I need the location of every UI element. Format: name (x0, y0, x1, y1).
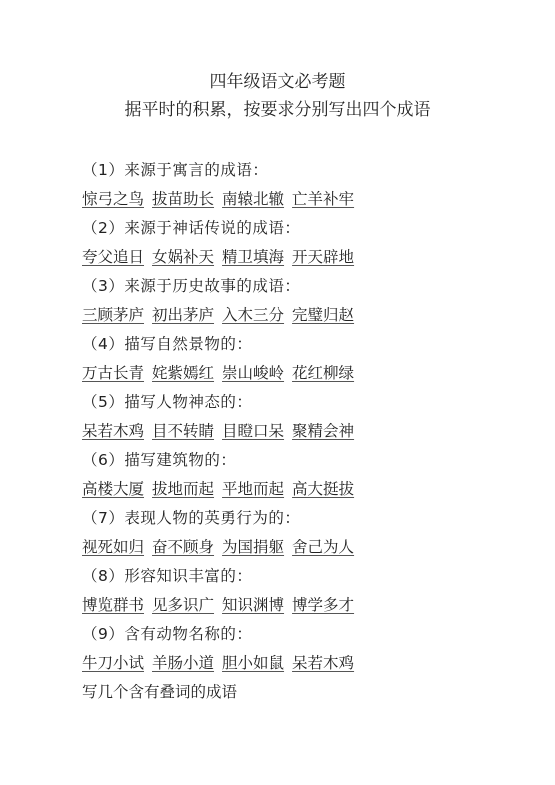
idiom: 拔苗助长 (152, 188, 214, 217)
idiom: 高楼大厦 (82, 478, 144, 507)
idiom: 目不转睛 (152, 420, 214, 449)
idiom-list: 牛刀小试 羊肠小道 胆小如鼠 呆若木鸡 (82, 652, 522, 681)
idiom: 视死如归 (82, 536, 144, 565)
section-label: （7）表现人物的英勇行为的： (82, 507, 522, 536)
idiom-list: 高楼大厦 拔地而起 平地而起 高大挺拔 (82, 478, 522, 507)
idiom: 为国捐躯 (222, 536, 284, 565)
idiom: 初出茅庐 (152, 304, 214, 333)
section-4: （4）描写自然景物的： 万古长青 姹紫嫣红 崇山峻岭 花红柳绿 (82, 333, 522, 391)
idiom: 万古长青 (82, 362, 144, 391)
section-label: （3）来源于历史故事的成语： (82, 275, 522, 304)
section-label: （4）描写自然景物的： (82, 333, 522, 362)
idiom-list: 呆若木鸡 目不转睛 目瞪口呆 聚精会神 (82, 420, 522, 449)
idiom: 知识渊博 (222, 594, 284, 623)
idiom: 平地而起 (222, 478, 284, 507)
footer-prompt: 写几个含有叠词的成语 (82, 681, 522, 710)
section-label: （2）来源于神话传说的成语： (82, 217, 522, 246)
idiom: 崇山峻岭 (222, 362, 284, 391)
idiom-sections: （1）来源于寓言的成语： 惊弓之鸟 拔苗助长 南辕北辙 亡羊补牢 （2）来源于神… (82, 159, 522, 710)
section-8: （8）形容知识丰富的： 博览群书 见多识广 知识渊博 博学多才 (82, 565, 522, 623)
idiom: 博学多才 (292, 594, 354, 623)
idiom: 亡羊补牢 (292, 188, 354, 217)
idiom: 开天辟地 (292, 246, 354, 275)
idiom: 女娲补天 (152, 246, 214, 275)
idiom: 惊弓之鸟 (82, 188, 144, 217)
section-5: （5）描写人物神态的： 呆若木鸡 目不转睛 目瞪口呆 聚精会神 (82, 391, 522, 449)
section-label: （9）含有动物名称的： (82, 623, 522, 652)
section-label: （6）描写建筑物的： (82, 449, 522, 478)
section-9: （9）含有动物名称的： 牛刀小试 羊肠小道 胆小如鼠 呆若木鸡 (82, 623, 522, 681)
section-label: （5）描写人物神态的： (82, 391, 522, 420)
idiom: 姹紫嫣红 (152, 362, 214, 391)
document-subtitle: 据平时的积累，按要求分别写出四个成语 (0, 99, 555, 121)
idiom: 舍己为人 (292, 536, 354, 565)
idiom: 花红柳绿 (292, 362, 354, 391)
idiom-list: 惊弓之鸟 拔苗助长 南辕北辙 亡羊补牢 (82, 188, 522, 217)
idiom-list: 博览群书 见多识广 知识渊博 博学多才 (82, 594, 522, 623)
idiom: 呆若木鸡 (292, 652, 354, 681)
idiom: 高大挺拔 (292, 478, 354, 507)
idiom: 精卫填海 (222, 246, 284, 275)
idiom: 三顾茅庐 (82, 304, 144, 333)
idiom: 见多识广 (152, 594, 214, 623)
section-7: （7）表现人物的英勇行为的： 视死如归 奋不顾身 为国捐躯 舍己为人 (82, 507, 522, 565)
section-3: （3）来源于历史故事的成语： 三顾茅庐 初出茅庐 入木三分 完璧归赵 (82, 275, 522, 333)
idiom: 入木三分 (222, 304, 284, 333)
idiom: 呆若木鸡 (82, 420, 144, 449)
idiom-list: 视死如归 奋不顾身 为国捐躯 舍己为人 (82, 536, 522, 565)
section-6: （6）描写建筑物的： 高楼大厦 拔地而起 平地而起 高大挺拔 (82, 449, 522, 507)
section-1: （1）来源于寓言的成语： 惊弓之鸟 拔苗助长 南辕北辙 亡羊补牢 (82, 159, 522, 217)
idiom: 聚精会神 (292, 420, 354, 449)
idiom: 完璧归赵 (292, 304, 354, 333)
idiom: 胆小如鼠 (222, 652, 284, 681)
idiom: 羊肠小道 (152, 652, 214, 681)
idiom: 夸父追日 (82, 246, 144, 275)
idiom: 牛刀小试 (82, 652, 144, 681)
section-label: （1）来源于寓言的成语： (82, 159, 522, 188)
document-title: 四年级语文必考题 (0, 71, 555, 93)
idiom-list: 夸父追日 女娲补天 精卫填海 开天辟地 (82, 246, 522, 275)
idiom: 博览群书 (82, 594, 144, 623)
idiom: 奋不顾身 (152, 536, 214, 565)
section-label: （8）形容知识丰富的： (82, 565, 522, 594)
idiom: 南辕北辙 (222, 188, 284, 217)
idiom: 目瞪口呆 (222, 420, 284, 449)
idiom-list: 三顾茅庐 初出茅庐 入木三分 完璧归赵 (82, 304, 522, 333)
idiom-list: 万古长青 姹紫嫣红 崇山峻岭 花红柳绿 (82, 362, 522, 391)
section-2: （2）来源于神话传说的成语： 夸父追日 女娲补天 精卫填海 开天辟地 (82, 217, 522, 275)
idiom: 拔地而起 (152, 478, 214, 507)
